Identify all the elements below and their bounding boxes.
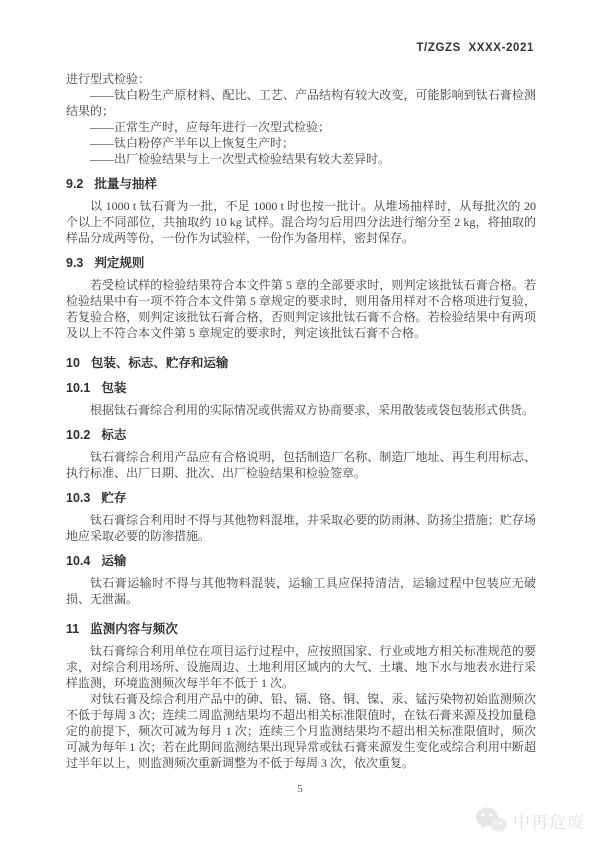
- section-title: 贮存: [101, 491, 126, 505]
- section-title: 监测内容与频次: [90, 622, 178, 636]
- dash-list-item: ——出厂检验结果与上一次型式检验结果有较大差异时。: [66, 151, 536, 167]
- section-paragraph: 钛石膏综合利用产品应有合格说明，包括制造厂名称、制造厂地址、再生利用标志、执行标…: [66, 449, 536, 481]
- section-number: 10.4: [66, 553, 90, 569]
- section-10-4: 10.4运输 钛石膏运输时不得与其他物料混装，运输工具应保持清洁，运输过程中包装…: [66, 553, 536, 607]
- section-number: 9.2: [66, 176, 83, 192]
- continuation-lead: 进行型式检验：: [66, 71, 536, 87]
- standard-reference-header: T/ZGZS XXXX-2021: [416, 42, 534, 54]
- document-body: 进行型式检验： ——钛白粉生产原材料、配比、工艺、产品结构有较大改变，可能影响到…: [66, 71, 536, 771]
- section-10: 10包装、标志、贮存和运输: [66, 355, 536, 371]
- dash-list-item: ——正常生产时，应每年进行一次型式检验；: [66, 119, 536, 135]
- section-number: 10.3: [66, 490, 90, 506]
- section-10-3: 10.3贮存 钛石膏综合利用时不得与其他物料混堆，并采取必要的防雨淋、防扬尘措施…: [66, 490, 536, 544]
- section-10-1: 10.1包装 根据钛石膏综合利用的实际情况或供需双方协商要求，采用散装或袋包装形…: [66, 380, 536, 418]
- page-number: 5: [0, 783, 600, 795]
- section-heading: 10.3贮存: [66, 490, 536, 506]
- section-paragraph: 根据钛石膏综合利用的实际情况或供需双方协商要求，采用散装或袋包装形式供货。: [66, 402, 536, 418]
- section-title: 标志: [101, 428, 126, 442]
- section-heading: 10.2标志: [66, 427, 536, 443]
- wechat-icon: [475, 806, 507, 834]
- section-heading: 9.2批量与抽样: [66, 176, 536, 192]
- section-heading: 10包装、标志、贮存和运输: [66, 355, 536, 371]
- watermark-label: 中再危废: [513, 808, 585, 833]
- section-9-2: 9.2批量与抽样 以 1000 t 钛石膏为一批，不足 1000 t 时也按一批…: [66, 176, 536, 246]
- section-11: 11监测内容与频次 钛石膏综合利用单位在项目运行过程中，应按照国家、行业或地方相…: [66, 621, 536, 771]
- section-heading: 10.1包装: [66, 380, 536, 396]
- section-number: 11: [66, 621, 79, 637]
- section-title: 包装: [101, 381, 126, 395]
- section-heading: 11监测内容与频次: [66, 621, 536, 637]
- dash-list-item: ——钛白粉生产原材料、配比、工艺、产品结构有较大改变，可能影响到钛石膏检测结果的…: [66, 87, 536, 119]
- section-title: 运输: [101, 554, 126, 568]
- section-number: 10: [66, 355, 80, 371]
- section-paragraph: 对钛石膏及综合利用产品中的砷、铅、镉、铬、铜、镍、汞、锰污染物初始监测频次不低于…: [66, 691, 536, 771]
- section-10-2: 10.2标志 钛石膏综合利用产品应有合格说明，包括制造厂名称、制造厂地址、再生利…: [66, 427, 536, 481]
- section-paragraph: 钛石膏运输时不得与其他物料混装，运输工具应保持清洁，运输过程中包装应无破损、无泄…: [66, 575, 536, 607]
- section-title: 判定规则: [94, 256, 144, 270]
- section-number: 10.1: [66, 380, 90, 396]
- section-heading: 10.4运输: [66, 553, 536, 569]
- section-title: 包装、标志、贮存和运输: [91, 356, 229, 370]
- section-number: 9.3: [66, 255, 83, 271]
- watermark: 中再危废: [475, 806, 585, 834]
- section-paragraph: 以 1000 t 钛石膏为一批，不足 1000 t 时也按一批计。从堆场抽样时，…: [66, 198, 536, 246]
- section-heading: 9.3判定规则: [66, 255, 536, 271]
- section-paragraph: 钛石膏综合利用单位在项目运行过程中，应按照国家、行业或地方相关标准规范的要求，对…: [66, 643, 536, 691]
- document-page: T/ZGZS XXXX-2021 进行型式检验： ——钛白粉生产原材料、配比、工…: [0, 0, 600, 848]
- section-title: 批量与抽样: [94, 177, 157, 191]
- section-paragraph: 若受检试样的检验结果符合本文件第 5 章的全部要求时，则判定该批钛石膏合格。若检…: [66, 277, 536, 341]
- section-9-3: 9.3判定规则 若受检试样的检验结果符合本文件第 5 章的全部要求时，则判定该批…: [66, 255, 536, 341]
- section-paragraph: 钛石膏综合利用时不得与其他物料混堆，并采取必要的防雨淋、防扬尘措施；贮存场地应采…: [66, 512, 536, 544]
- dash-list-item: ——钛白粉停产半年以上恢复生产时；: [66, 135, 536, 151]
- section-number: 10.2: [66, 427, 90, 443]
